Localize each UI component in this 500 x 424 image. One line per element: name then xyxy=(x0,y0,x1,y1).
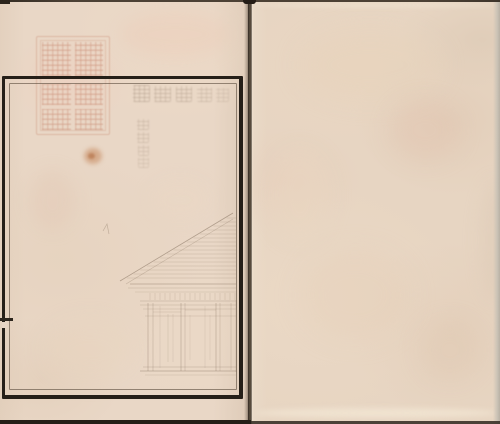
paper-stain xyxy=(270,150,330,240)
book-scan xyxy=(0,0,500,424)
frame-border-gap xyxy=(2,322,7,328)
paper-stain xyxy=(420,320,480,380)
scan-bottom-edge-left xyxy=(0,420,251,424)
gutter-top-notch xyxy=(243,0,256,4)
paper-stain xyxy=(255,408,497,418)
printed-frame-inner-line xyxy=(9,83,237,390)
page-gutter-fold xyxy=(244,0,254,424)
paper-stain xyxy=(253,2,497,8)
scan-right-edge-strip xyxy=(493,0,500,424)
paper-stain xyxy=(300,30,440,100)
seal-character-block xyxy=(75,42,103,76)
fold-mark-tick xyxy=(0,318,13,321)
right-page xyxy=(252,0,497,424)
scan-top-left-corner xyxy=(0,0,10,4)
printed-frame-border xyxy=(2,76,243,399)
left-page xyxy=(0,0,248,424)
gutter-fold-line xyxy=(249,0,251,424)
seal-character-block xyxy=(42,42,71,76)
paper-stain xyxy=(120,12,230,57)
paper-stain xyxy=(390,100,460,160)
paper-stain xyxy=(300,250,410,340)
